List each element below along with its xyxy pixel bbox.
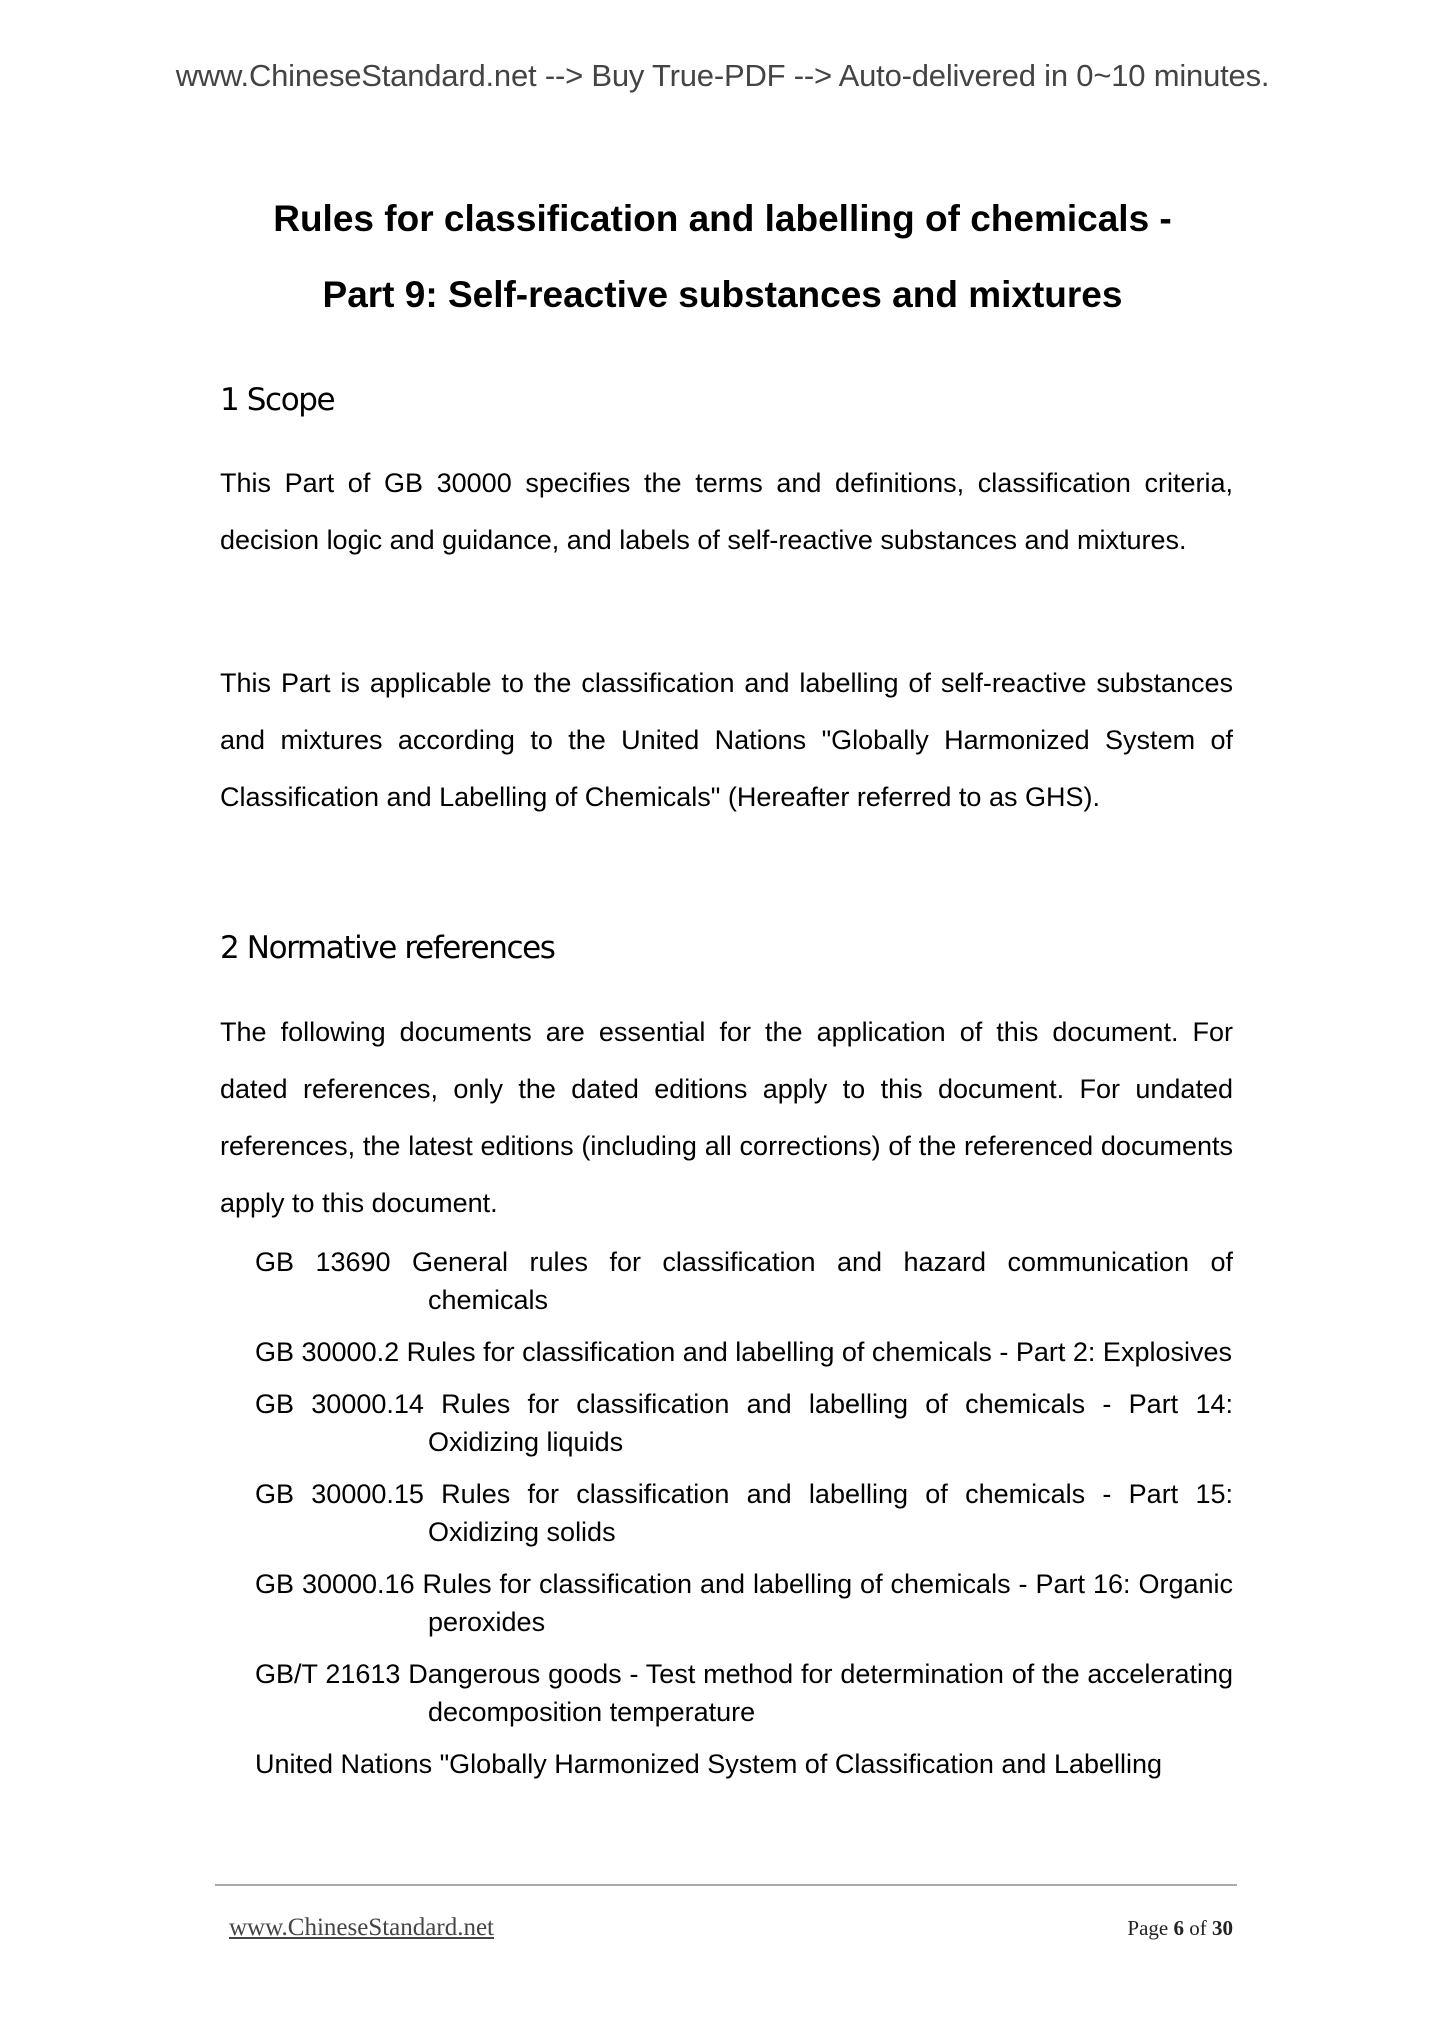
page-current: 6 xyxy=(1174,1916,1185,1940)
document-title-line-1: Rules for classification and labelling o… xyxy=(0,198,1445,240)
page-of: of xyxy=(1184,1916,1212,1940)
reference-list: GB 13690 General rules for classificatio… xyxy=(255,1243,1233,1797)
page-prefix: Page xyxy=(1127,1916,1173,1940)
reference-item: GB 30000.15 Rules for classification and… xyxy=(255,1475,1233,1551)
footer-website-link[interactable]: www.ChineseStandard.net xyxy=(229,1914,494,1942)
top-banner: www.ChineseStandard.net --> Buy True-PDF… xyxy=(0,58,1445,94)
section-heading-scope: 1 Scope xyxy=(220,382,334,418)
reference-item: GB 30000.14 Rules for classification and… xyxy=(255,1385,1233,1461)
scope-paragraph-1: This Part of GB 30000 specifies the term… xyxy=(220,455,1233,569)
scope-paragraph-2: This Part is applicable to the classific… xyxy=(220,655,1233,826)
references-intro-paragraph: The following documents are essential fo… xyxy=(220,1004,1233,1232)
page-total: 30 xyxy=(1212,1916,1233,1940)
page-number: Page 6 of 30 xyxy=(1127,1916,1233,1941)
reference-item: GB 30000.16 Rules for classification and… xyxy=(255,1565,1233,1641)
reference-item: GB 13690 General rules for classificatio… xyxy=(255,1243,1233,1319)
reference-item: United Nations "Globally Harmonized Syst… xyxy=(255,1745,1233,1783)
document-title-line-2: Part 9: Self-reactive substances and mix… xyxy=(0,274,1445,316)
section-heading-normative-references: 2 Normative references xyxy=(220,930,555,966)
reference-item: GB 30000.2 Rules for classification and … xyxy=(255,1333,1233,1371)
footer-divider xyxy=(215,1884,1237,1886)
reference-item: GB/T 21613 Dangerous goods - Test method… xyxy=(255,1655,1233,1731)
